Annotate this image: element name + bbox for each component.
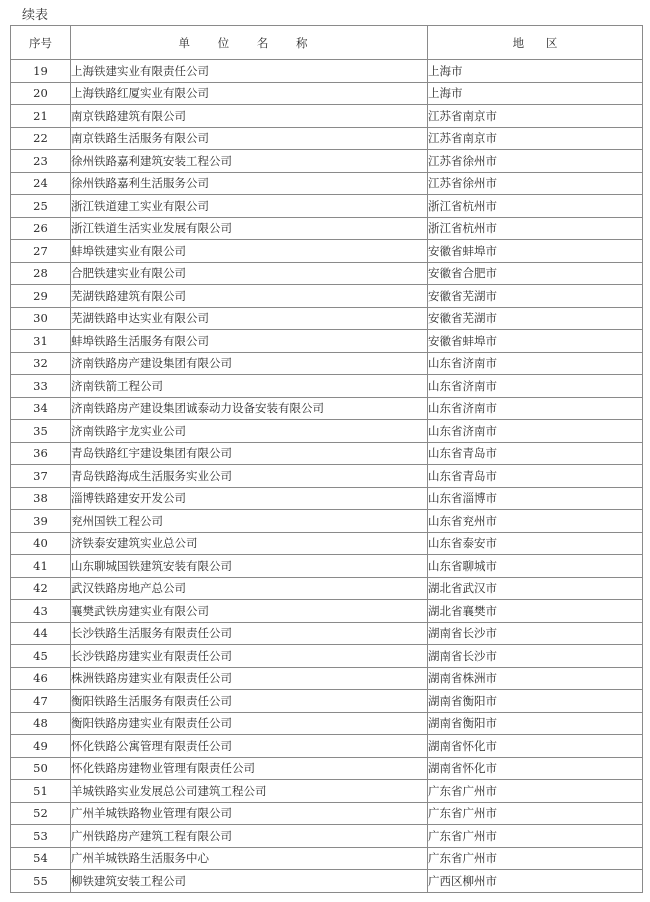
row-company-name: 广州羊城铁路物业管理有限公司 <box>71 802 428 825</box>
row-index: 35 <box>11 420 71 443</box>
row-company-name: 南京铁路生活服务有限公司 <box>71 127 428 150</box>
row-company-name: 蚌埠铁建实业有限公司 <box>71 240 428 263</box>
row-index: 45 <box>11 645 71 668</box>
row-region: 山东省济南市 <box>428 397 643 420</box>
table-row: 38淄博铁路建安开发公司山东省淄博市 <box>11 487 643 510</box>
row-index: 55 <box>11 870 71 893</box>
row-region: 上海市 <box>428 82 643 105</box>
row-region: 湖北省武汉市 <box>428 577 643 600</box>
table-row: 50怀化铁路房建物业管理有限责任公司湖南省怀化市 <box>11 757 643 780</box>
row-region: 湖南省长沙市 <box>428 645 643 668</box>
table-row: 35济南铁路宇龙实业公司山东省济南市 <box>11 420 643 443</box>
table-row: 26浙江铁道生活实业发展有限公司浙江省杭州市 <box>11 217 643 240</box>
table-row: 47衡阳铁路生活服务有限责任公司湖南省衡阳市 <box>11 690 643 713</box>
row-company-name: 衡阳铁路生活服务有限责任公司 <box>71 690 428 713</box>
row-index: 24 <box>11 172 71 195</box>
header-index: 序号 <box>11 26 71 60</box>
row-region: 山东省淄博市 <box>428 487 643 510</box>
row-index: 22 <box>11 127 71 150</box>
table-row: 24徐州铁路嘉利生活服务公司江苏省徐州市 <box>11 172 643 195</box>
row-company-name: 广州铁路房产建筑工程有限公司 <box>71 825 428 848</box>
row-company-name: 济铁泰安建筑实业总公司 <box>71 532 428 555</box>
row-company-name: 武汉铁路房地产总公司 <box>71 577 428 600</box>
table-row: 37青岛铁路海成生活服务实业公司山东省青岛市 <box>11 465 643 488</box>
table-row: 55柳铁建筑安装工程公司广西区柳州市 <box>11 870 643 893</box>
row-index: 29 <box>11 285 71 308</box>
row-company-name: 浙江铁道建工实业有限公司 <box>71 195 428 218</box>
header-region: 地 区 <box>428 26 643 60</box>
row-region: 江苏省徐州市 <box>428 172 643 195</box>
row-company-name: 广州羊城铁路生活服务中心 <box>71 847 428 870</box>
row-index: 25 <box>11 195 71 218</box>
row-index: 39 <box>11 510 71 533</box>
table-row: 53广州铁路房产建筑工程有限公司广东省广州市 <box>11 825 643 848</box>
row-region: 湖南省长沙市 <box>428 622 643 645</box>
table-row: 31蚌埠铁路生活服务有限公司安徽省蚌埠市 <box>11 330 643 353</box>
row-region: 山东省青岛市 <box>428 442 643 465</box>
table-row: 44长沙铁路生活服务有限责任公司湖南省长沙市 <box>11 622 643 645</box>
table-row: 20上海铁路红厦实业有限公司上海市 <box>11 82 643 105</box>
header-row: 序号 单 位 名 称 地 区 <box>11 26 643 60</box>
table-row: 34济南铁路房产建设集团诚泰动力设备安装有限公司山东省济南市 <box>11 397 643 420</box>
row-company-name: 徐州铁路嘉利建筑安装工程公司 <box>71 150 428 173</box>
header-name: 单 位 名 称 <box>71 26 428 60</box>
row-company-name: 济南铁路房产建设集团有限公司 <box>71 352 428 375</box>
table-row: 25浙江铁道建工实业有限公司浙江省杭州市 <box>11 195 643 218</box>
table-row: 48衡阳铁路房建实业有限责任公司湖南省衡阳市 <box>11 712 643 735</box>
row-company-name: 羊城铁路实业发展总公司建筑工程公司 <box>71 780 428 803</box>
row-region: 安徽省蚌埠市 <box>428 240 643 263</box>
row-index: 21 <box>11 105 71 128</box>
table-row: 49怀化铁路公寓管理有限责任公司湖南省怀化市 <box>11 735 643 758</box>
row-region: 湖南省衡阳市 <box>428 690 643 713</box>
row-company-name: 长沙铁路房建实业有限责任公司 <box>71 645 428 668</box>
table-caption: 续表 <box>22 4 48 23</box>
row-region: 浙江省杭州市 <box>428 195 643 218</box>
row-index: 30 <box>11 307 71 330</box>
row-region: 广东省广州市 <box>428 780 643 803</box>
row-company-name: 兖州国铁工程公司 <box>71 510 428 533</box>
row-company-name: 长沙铁路生活服务有限责任公司 <box>71 622 428 645</box>
row-company-name: 合肥铁建实业有限公司 <box>71 262 428 285</box>
row-region: 江苏省南京市 <box>428 105 643 128</box>
row-index: 38 <box>11 487 71 510</box>
row-region: 湖南省衡阳市 <box>428 712 643 735</box>
table-row: 23徐州铁路嘉利建筑安装工程公司江苏省徐州市 <box>11 150 643 173</box>
row-index: 20 <box>11 82 71 105</box>
table-row: 33济南铁箭工程公司山东省济南市 <box>11 375 643 398</box>
row-index: 46 <box>11 667 71 690</box>
row-index: 27 <box>11 240 71 263</box>
table-row: 30芜湖铁路申达实业有限公司安徽省芜湖市 <box>11 307 643 330</box>
table-body: 19上海铁建实业有限责任公司上海市20上海铁路红厦实业有限公司上海市21南京铁路… <box>11 60 643 893</box>
row-index: 49 <box>11 735 71 758</box>
row-region: 安徽省合肥市 <box>428 262 643 285</box>
row-company-name: 怀化铁路公寓管理有限责任公司 <box>71 735 428 758</box>
company-table: 序号 单 位 名 称 地 区 19上海铁建实业有限责任公司上海市20上海铁路红厦… <box>10 25 643 893</box>
row-company-name: 徐州铁路嘉利生活服务公司 <box>71 172 428 195</box>
row-company-name: 芜湖铁路申达实业有限公司 <box>71 307 428 330</box>
row-company-name: 衡阳铁路房建实业有限责任公司 <box>71 712 428 735</box>
table-row: 22南京铁路生活服务有限公司江苏省南京市 <box>11 127 643 150</box>
table-row: 36青岛铁路红宇建设集团有限公司山东省青岛市 <box>11 442 643 465</box>
row-index: 51 <box>11 780 71 803</box>
row-region: 广西区柳州市 <box>428 870 643 893</box>
row-region: 湖南省怀化市 <box>428 757 643 780</box>
row-index: 52 <box>11 802 71 825</box>
table-row: 42武汉铁路房地产总公司湖北省武汉市 <box>11 577 643 600</box>
row-index: 33 <box>11 375 71 398</box>
row-index: 42 <box>11 577 71 600</box>
row-index: 40 <box>11 532 71 555</box>
table-row: 28合肥铁建实业有限公司安徽省合肥市 <box>11 262 643 285</box>
row-index: 23 <box>11 150 71 173</box>
row-region: 广东省广州市 <box>428 847 643 870</box>
row-region: 江苏省南京市 <box>428 127 643 150</box>
row-region: 江苏省徐州市 <box>428 150 643 173</box>
table-row: 51羊城铁路实业发展总公司建筑工程公司广东省广州市 <box>11 780 643 803</box>
row-index: 28 <box>11 262 71 285</box>
row-region: 安徽省芜湖市 <box>428 307 643 330</box>
table-row: 39兖州国铁工程公司山东省兖州市 <box>11 510 643 533</box>
row-index: 50 <box>11 757 71 780</box>
row-region: 安徽省蚌埠市 <box>428 330 643 353</box>
row-region: 山东省济南市 <box>428 420 643 443</box>
table-row: 40济铁泰安建筑实业总公司山东省泰安市 <box>11 532 643 555</box>
row-company-name: 上海铁路红厦实业有限公司 <box>71 82 428 105</box>
row-region: 山东省济南市 <box>428 352 643 375</box>
table-row: 45长沙铁路房建实业有限责任公司湖南省长沙市 <box>11 645 643 668</box>
row-company-name: 青岛铁路海成生活服务实业公司 <box>71 465 428 488</box>
row-company-name: 浙江铁道生活实业发展有限公司 <box>71 217 428 240</box>
row-company-name: 青岛铁路红宇建设集团有限公司 <box>71 442 428 465</box>
row-region: 浙江省杭州市 <box>428 217 643 240</box>
row-company-name: 蚌埠铁路生活服务有限公司 <box>71 330 428 353</box>
table-row: 41山东聊城国铁建筑安装有限公司山东省聊城市 <box>11 555 643 578</box>
row-company-name: 株洲铁路房建实业有限责任公司 <box>71 667 428 690</box>
row-index: 34 <box>11 397 71 420</box>
table-row: 52广州羊城铁路物业管理有限公司广东省广州市 <box>11 802 643 825</box>
row-region: 山东省青岛市 <box>428 465 643 488</box>
table-row: 43襄樊武铁房建实业有限公司湖北省襄樊市 <box>11 600 643 623</box>
row-index: 26 <box>11 217 71 240</box>
row-company-name: 南京铁路建筑有限公司 <box>71 105 428 128</box>
row-index: 31 <box>11 330 71 353</box>
table-row: 54广州羊城铁路生活服务中心广东省广州市 <box>11 847 643 870</box>
row-company-name: 淄博铁路建安开发公司 <box>71 487 428 510</box>
row-index: 37 <box>11 465 71 488</box>
row-index: 19 <box>11 60 71 83</box>
row-region: 上海市 <box>428 60 643 83</box>
row-company-name: 济南铁箭工程公司 <box>71 375 428 398</box>
table-row: 29芜湖铁路建筑有限公司安徽省芜湖市 <box>11 285 643 308</box>
table-row: 27蚌埠铁建实业有限公司安徽省蚌埠市 <box>11 240 643 263</box>
row-region: 山东省聊城市 <box>428 555 643 578</box>
row-index: 44 <box>11 622 71 645</box>
row-region: 山东省泰安市 <box>428 532 643 555</box>
row-company-name: 柳铁建筑安装工程公司 <box>71 870 428 893</box>
row-index: 47 <box>11 690 71 713</box>
row-region: 湖北省襄樊市 <box>428 600 643 623</box>
row-company-name: 芜湖铁路建筑有限公司 <box>71 285 428 308</box>
table-row: 19上海铁建实业有限责任公司上海市 <box>11 60 643 83</box>
row-index: 54 <box>11 847 71 870</box>
row-region: 山东省济南市 <box>428 375 643 398</box>
row-company-name: 上海铁建实业有限责任公司 <box>71 60 428 83</box>
row-company-name: 襄樊武铁房建实业有限公司 <box>71 600 428 623</box>
row-index: 41 <box>11 555 71 578</box>
row-region: 湖南省株洲市 <box>428 667 643 690</box>
row-region: 湖南省怀化市 <box>428 735 643 758</box>
row-region: 山东省兖州市 <box>428 510 643 533</box>
row-index: 36 <box>11 442 71 465</box>
table-row: 32济南铁路房产建设集团有限公司山东省济南市 <box>11 352 643 375</box>
row-company-name: 济南铁路宇龙实业公司 <box>71 420 428 443</box>
row-index: 43 <box>11 600 71 623</box>
row-region: 广东省广州市 <box>428 825 643 848</box>
row-company-name: 怀化铁路房建物业管理有限责任公司 <box>71 757 428 780</box>
row-company-name: 山东聊城国铁建筑安装有限公司 <box>71 555 428 578</box>
row-index: 53 <box>11 825 71 848</box>
row-company-name: 济南铁路房产建设集团诚泰动力设备安装有限公司 <box>71 397 428 420</box>
row-region: 广东省广州市 <box>428 802 643 825</box>
table-row: 46株洲铁路房建实业有限责任公司湖南省株洲市 <box>11 667 643 690</box>
row-region: 安徽省芜湖市 <box>428 285 643 308</box>
row-index: 48 <box>11 712 71 735</box>
row-index: 32 <box>11 352 71 375</box>
table-row: 21南京铁路建筑有限公司江苏省南京市 <box>11 105 643 128</box>
